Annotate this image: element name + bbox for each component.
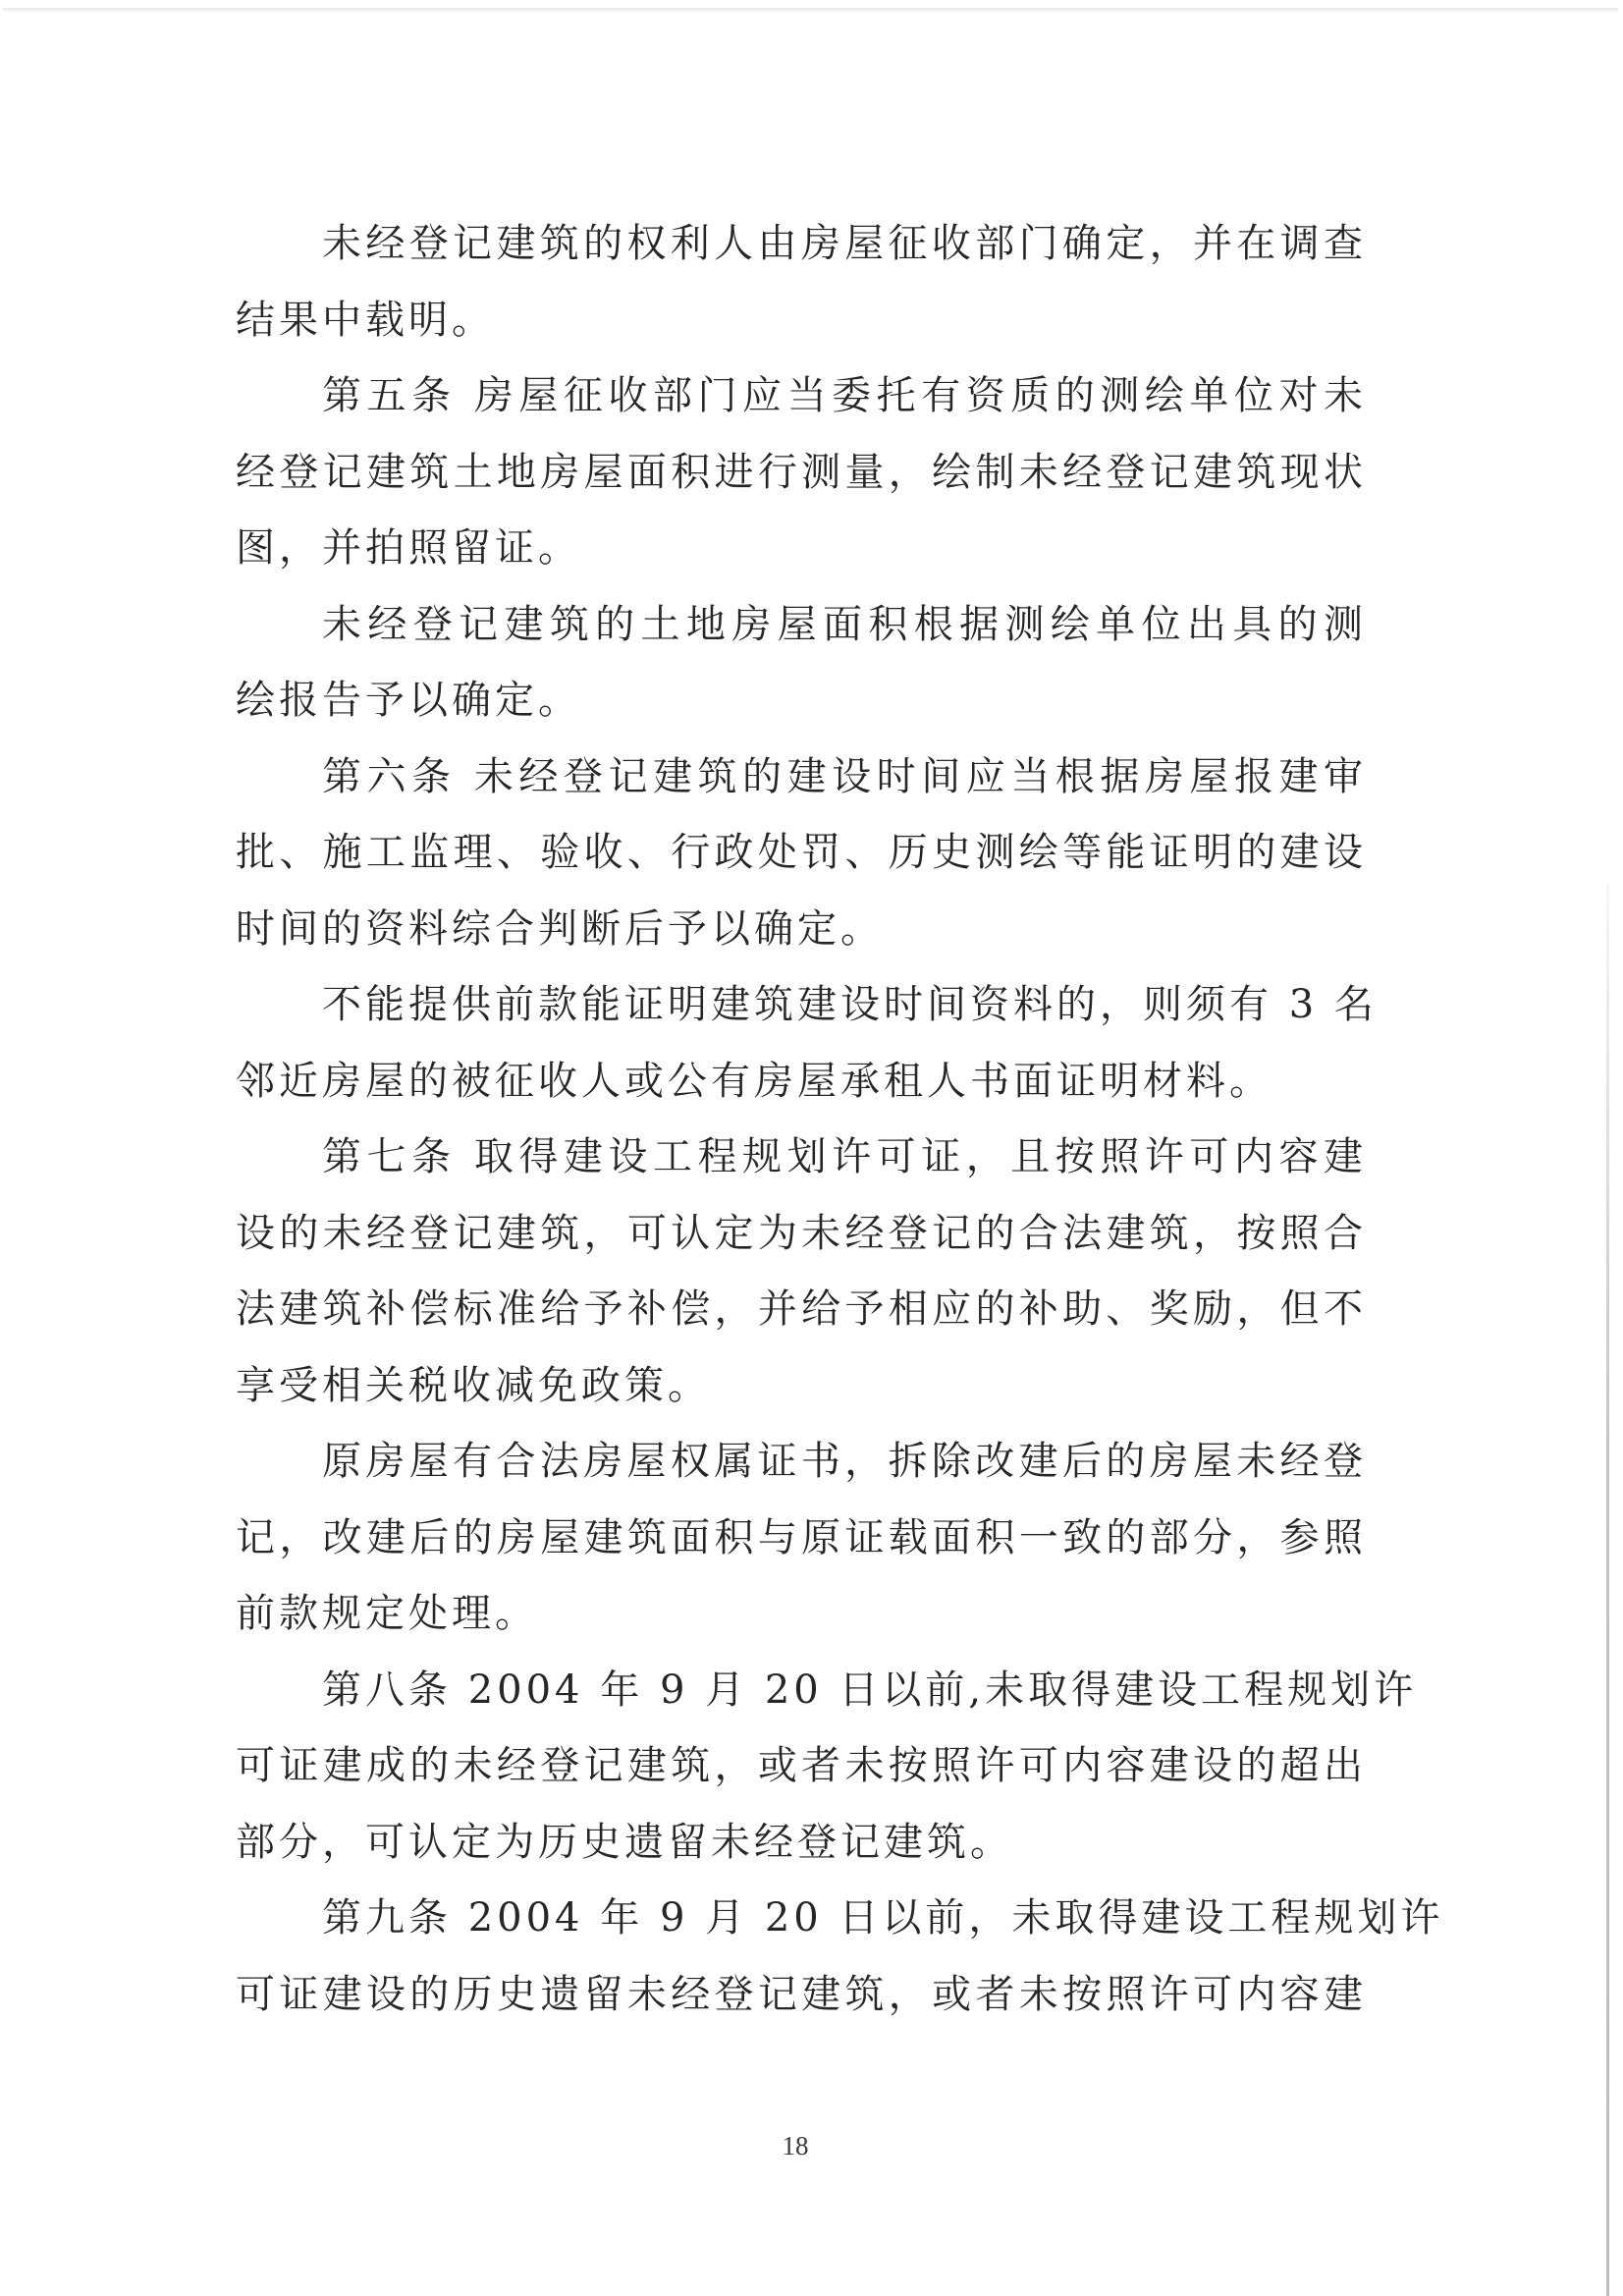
text-line: 可证建成的未经登记建筑，或者未按照许可内容建设的超出 [236, 1742, 1367, 1789]
text-line: 享受相关税收减免政策。 [236, 1362, 711, 1409]
scan-right-edge [1606, 884, 1609, 2296]
text-line: 结果中载明。 [236, 297, 495, 344]
text-line: 设的未经登记建筑，可认定为未经登记的合法建筑，按照合 [236, 1210, 1367, 1257]
text-line: 部分，可认定为历史遗留未经登记建筑。 [236, 1819, 1013, 1866]
text-line: 可证建设的历史遗留未经登记建筑，或者未按照许可内容建 [236, 1971, 1367, 2018]
page-number: 18 [776, 2131, 815, 2161]
text-line: 邻近房屋的被征收人或公有房屋承租人书面证明材料。 [236, 1058, 1272, 1105]
text-line: 第五条 房屋征收部门应当委托有资质的测绘单位对未 [322, 372, 1367, 419]
text-line: 法建筑补偿标准给予补偿，并给予相应的补助、奖励，但不 [236, 1285, 1367, 1333]
text-line: 图，并拍照留证。 [236, 524, 581, 572]
text-line: 记，改建后的房屋建筑面积与原证载面积一致的部分，参照 [236, 1514, 1367, 1561]
text-line: 第九条 2004 年 9 月 20 日以前，未取得建设工程规划许 [322, 1894, 1367, 1941]
text-line: 绘报告予以确定。 [236, 677, 581, 724]
text-line: 原房屋有合法房屋权属证书，拆除改建后的房屋未经登 [322, 1438, 1367, 1485]
text-line: 第八条 2004 年 9 月 20 日以前,未取得建设工程规划许 [322, 1667, 1367, 1714]
text-line: 未经登记建筑的土地房屋面积根据测绘单位出具的测 [322, 601, 1367, 648]
text-line: 第六条 未经登记建筑的建设时间应当根据房屋报建审 [322, 753, 1367, 800]
text-line: 不能提供前款能证明建筑建设时间资料的，则须有 3 名 [322, 981, 1367, 1028]
text-line: 批、施工监理、验收、行政处罚、历史测绘等能证明的建设 [236, 829, 1367, 876]
text-line: 经登记建筑土地房屋面积进行测量，绘制未经登记建筑现状 [236, 449, 1367, 496]
text-line: 前款规定处理。 [236, 1590, 538, 1637]
text-line: 第七条 取得建设工程规划许可证，且按照许可内容建 [322, 1133, 1367, 1180]
text-line: 时间的资料综合判断后予以确定。 [236, 905, 884, 953]
text-line: 未经登记建筑的权利人由房屋征收部门确定，并在调查 [322, 220, 1367, 267]
scan-top-edge [3, 8, 1618, 12]
